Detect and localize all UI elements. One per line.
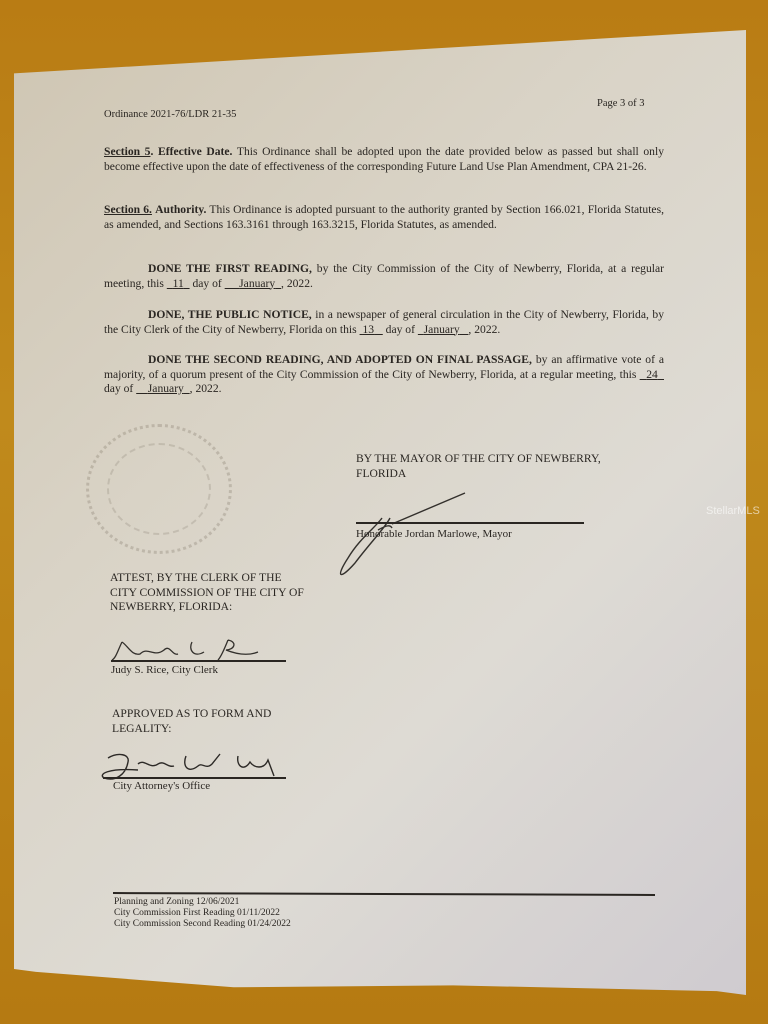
second-reading: DONE THE SECOND READING, AND ADOPTED ON … [104, 353, 664, 397]
clerk-signature-line [111, 660, 286, 662]
mls-watermark: StellarMLS [706, 505, 760, 517]
first-reading-dayof: day of [190, 277, 225, 290]
approved-heading: APPROVED AS TO FORM AND LEGALITY: [112, 707, 271, 736]
public-notice-day: 13 [362, 323, 374, 336]
section-6-label: Section 6. [104, 203, 152, 216]
public-notice-month: January [424, 323, 460, 336]
approved-line2: LEGALITY: [112, 722, 271, 737]
footer-line: Planning and Zoning 12/06/2021 [114, 897, 291, 908]
footer-line: City Commission Second Reading 01/24/202… [114, 919, 291, 930]
section-5-label: Section 5 [104, 145, 150, 158]
mayor-heading-line2: FLORIDA [356, 467, 601, 482]
public-notice: DONE, THE PUBLIC NOTICE, in a newspaper … [104, 308, 664, 337]
attest-heading: ATTEST, BY THE CLERK OF THE CITY COMMISS… [110, 571, 304, 615]
clerk-signature [108, 636, 268, 666]
second-reading-day: 24 [646, 368, 658, 381]
first-reading-day: 11 [173, 277, 184, 290]
second-reading-dayof: day of [104, 382, 136, 395]
second-reading-year: , 2022. [190, 382, 222, 395]
ordinance-number: Ordinance 2021-76/LDR 21-35 [104, 108, 236, 123]
attest-line3: NEWBERRY, FLORIDA: [110, 600, 304, 615]
section-6: Section 6. Authority. This Ordinance is … [104, 203, 664, 232]
first-reading: DONE THE FIRST READING, by the City Comm… [104, 262, 664, 291]
attorney-signer: City Attorney's Office [113, 779, 210, 794]
city-seal-stamp [86, 424, 232, 554]
attest-line1: ATTEST, BY THE CLERK OF THE [110, 571, 304, 586]
second-reading-month: January [148, 382, 184, 395]
public-notice-year: , 2022. [468, 323, 500, 336]
attest-line2: CITY COMMISSION OF THE CITY OF [110, 586, 304, 601]
footer-notes: Planning and Zoning 12/06/2021 City Comm… [114, 897, 291, 930]
second-reading-lead: DONE THE SECOND READING, AND ADOPTED ON … [148, 353, 532, 366]
mayor-heading-line1: BY THE MAYOR OF THE CITY OF NEWBERRY, [356, 452, 601, 467]
mayor-signer-name: Honorable Jordan Marlowe, Mayor [356, 527, 512, 542]
public-notice-lead: DONE, THE PUBLIC NOTICE, [148, 308, 312, 321]
first-reading-year: , 2022. [281, 277, 313, 290]
mayor-signature-line [356, 522, 584, 524]
mayor-heading: BY THE MAYOR OF THE CITY OF NEWBERRY, FL… [356, 452, 601, 481]
public-notice-dayof: day of [383, 323, 418, 336]
clerk-signer-name: Judy S. Rice, City Clerk [111, 663, 218, 678]
first-reading-month: January [239, 277, 275, 290]
section-5: Section 5. Effective Date. This Ordinanc… [104, 145, 664, 174]
page-number: Page 3 of 3 [597, 97, 645, 112]
first-reading-lead: DONE THE FIRST READING, [148, 262, 312, 275]
footer-line: City Commission First Reading 01/11/2022 [114, 908, 291, 919]
approved-line1: APPROVED AS TO FORM AND [112, 707, 271, 722]
section-6-title: Authority. [155, 203, 206, 216]
section-5-title: Effective Date. [158, 145, 232, 158]
